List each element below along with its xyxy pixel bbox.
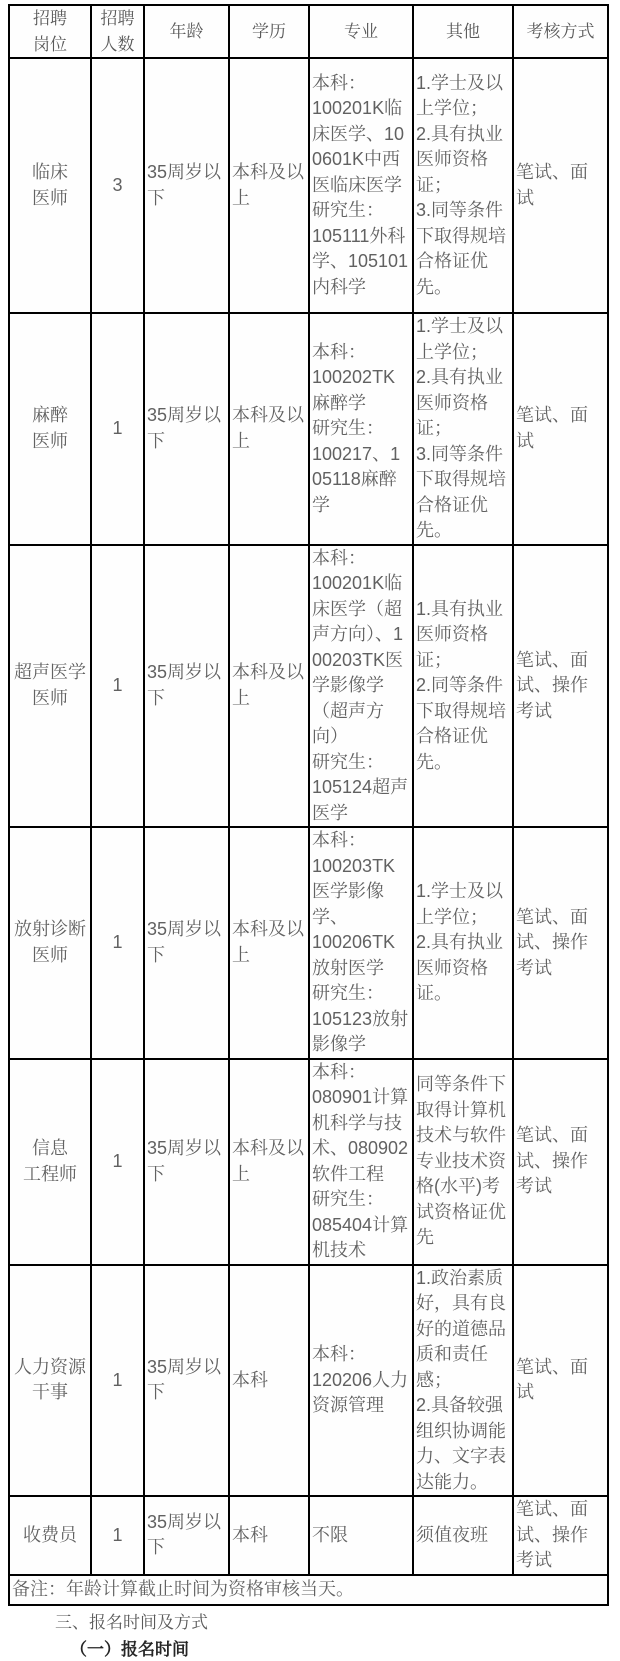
count-cell: 1 xyxy=(91,313,144,545)
education-cell: 本科及以上 xyxy=(229,827,309,1059)
major-cell: 本科： 100202TK麻醉学 研究生： 100217、105118麻醉学 xyxy=(309,313,413,545)
education-cell: 本科 xyxy=(229,1496,309,1575)
assessment-cell: 笔试、面试 xyxy=(513,1265,608,1497)
major-cell: 本科： 100203TK医学影像学、 100206TK放射医学 研究生： 105… xyxy=(309,827,413,1059)
other-cell: 1.政治素质好，具有良好的道德品质和责任感； 2.具备较强组织协调能力、文字表达… xyxy=(413,1265,513,1497)
position-cell: 超声医学 医师 xyxy=(9,545,91,828)
education-cell: 本科 xyxy=(229,1265,309,1497)
count-cell: 1 xyxy=(91,1496,144,1575)
table-row: 信息 工程师 1 35周岁以下 本科及以上 本科： 080901计算机科学与技术… xyxy=(9,1059,608,1265)
column-header: 年龄 xyxy=(144,5,229,58)
position-cell: 信息 工程师 xyxy=(9,1059,91,1265)
major-cell: 本科： 080901计算机科学与技术、080902软件工程 研究生： 08540… xyxy=(309,1059,413,1265)
age-cell: 35周岁以下 xyxy=(144,58,229,313)
assessment-cell: 笔试、面试、操作考试 xyxy=(513,1496,608,1575)
table-row: 人力资源 干事 1 35周岁以下 本科 本科： 120206人力资源管理 1.政… xyxy=(9,1265,608,1497)
other-cell: 1.学士及以上学位； 2.具有执业医师资格证； 3.同等条件下取得规培合格证优先… xyxy=(413,313,513,545)
column-header: 考核方式 xyxy=(513,5,608,58)
section-heading: 三、报名时间及方式 xyxy=(55,1612,620,1634)
education-cell: 本科及以上 xyxy=(229,545,309,828)
table-row: 临床 医师 3 35周岁以下 本科及以上 本科： 100201K临床医学、100… xyxy=(9,58,608,313)
recruitment-table: 招聘 岗位招聘 人数年龄学历专业其他考核方式 临床 医师 3 35周岁以下 本科… xyxy=(8,4,609,1606)
position-cell: 临床 医师 xyxy=(9,58,91,313)
table-row: 收费员 1 35周岁以下 本科 不限 须值夜班 笔试、面试、操作考试 xyxy=(9,1496,608,1575)
major-cell: 不限 xyxy=(309,1496,413,1575)
major-cell: 本科： 120206人力资源管理 xyxy=(309,1265,413,1497)
education-cell: 本科及以上 xyxy=(229,313,309,545)
other-cell: 1.学士及以上学位； 2.具有执业医师资格证。 xyxy=(413,827,513,1059)
note-row: 备注：年龄计算截止时间为资格审核当天。 xyxy=(9,1575,608,1605)
position-cell: 收费员 xyxy=(9,1496,91,1575)
assessment-cell: 笔试、面试、操作考试 xyxy=(513,1059,608,1265)
education-cell: 本科及以上 xyxy=(229,1059,309,1265)
note-cell: 备注：年龄计算截止时间为资格审核当天。 xyxy=(9,1575,608,1605)
column-header: 专业 xyxy=(309,5,413,58)
other-cell: 同等条件下取得计算机技术与软件专业技术资格(水平)考试资格证优先 xyxy=(413,1059,513,1265)
count-cell: 1 xyxy=(91,1265,144,1497)
table-row: 超声医学 医师 1 35周岁以下 本科及以上 本科： 100201K临床医学（超… xyxy=(9,545,608,828)
table-row: 放射诊断 医师 1 35周岁以下 本科及以上 本科： 100203TK医学影像学… xyxy=(9,827,608,1059)
column-header: 其他 xyxy=(413,5,513,58)
count-cell: 1 xyxy=(91,827,144,1059)
other-cell: 须值夜班 xyxy=(413,1496,513,1575)
age-cell: 35周岁以下 xyxy=(144,1059,229,1265)
position-cell: 放射诊断 医师 xyxy=(9,827,91,1059)
count-cell: 1 xyxy=(91,545,144,828)
count-cell: 3 xyxy=(91,58,144,313)
major-cell: 本科： 100201K临床医学、100601K中西医临床医学 研究生： 1051… xyxy=(309,58,413,313)
education-cell: 本科及以上 xyxy=(229,58,309,313)
table-row: 麻醉 医师 1 35周岁以下 本科及以上 本科： 100202TK麻醉学 研究生… xyxy=(9,313,608,545)
position-cell: 麻醉 医师 xyxy=(9,313,91,545)
table-header-row: 招聘 岗位招聘 人数年龄学历专业其他考核方式 xyxy=(9,5,608,58)
assessment-cell: 笔试、面试、操作考试 xyxy=(513,545,608,828)
age-cell: 35周岁以下 xyxy=(144,1496,229,1575)
age-cell: 35周岁以下 xyxy=(144,545,229,828)
age-cell: 35周岁以下 xyxy=(144,827,229,1059)
other-cell: 1.具有执业医师资格证； 2.同等条件下取得规培合格证优先。 xyxy=(413,545,513,828)
column-header: 学历 xyxy=(229,5,309,58)
count-cell: 1 xyxy=(91,1059,144,1265)
assessment-cell: 笔试、面试 xyxy=(513,58,608,313)
column-header: 招聘 岗位 xyxy=(9,5,91,58)
position-cell: 人力资源 干事 xyxy=(9,1265,91,1497)
other-cell: 1.学士及以上学位； 2.具有执业医师资格证； 3.同等条件下取得规培合格证优先… xyxy=(413,58,513,313)
age-cell: 35周岁以下 xyxy=(144,313,229,545)
page: 招聘 岗位招聘 人数年龄学历专业其他考核方式 临床 医师 3 35周岁以下 本科… xyxy=(0,4,620,1661)
assessment-cell: 笔试、面试 xyxy=(513,313,608,545)
age-cell: 35周岁以下 xyxy=(144,1265,229,1497)
major-cell: 本科： 100201K临床医学（超声方向）、100203TK医学影像学（超声方向… xyxy=(309,545,413,828)
assessment-cell: 笔试、面试、操作考试 xyxy=(513,827,608,1059)
column-header: 招聘 人数 xyxy=(91,5,144,58)
subsection-heading: （一）报名时间 xyxy=(70,1639,620,1661)
